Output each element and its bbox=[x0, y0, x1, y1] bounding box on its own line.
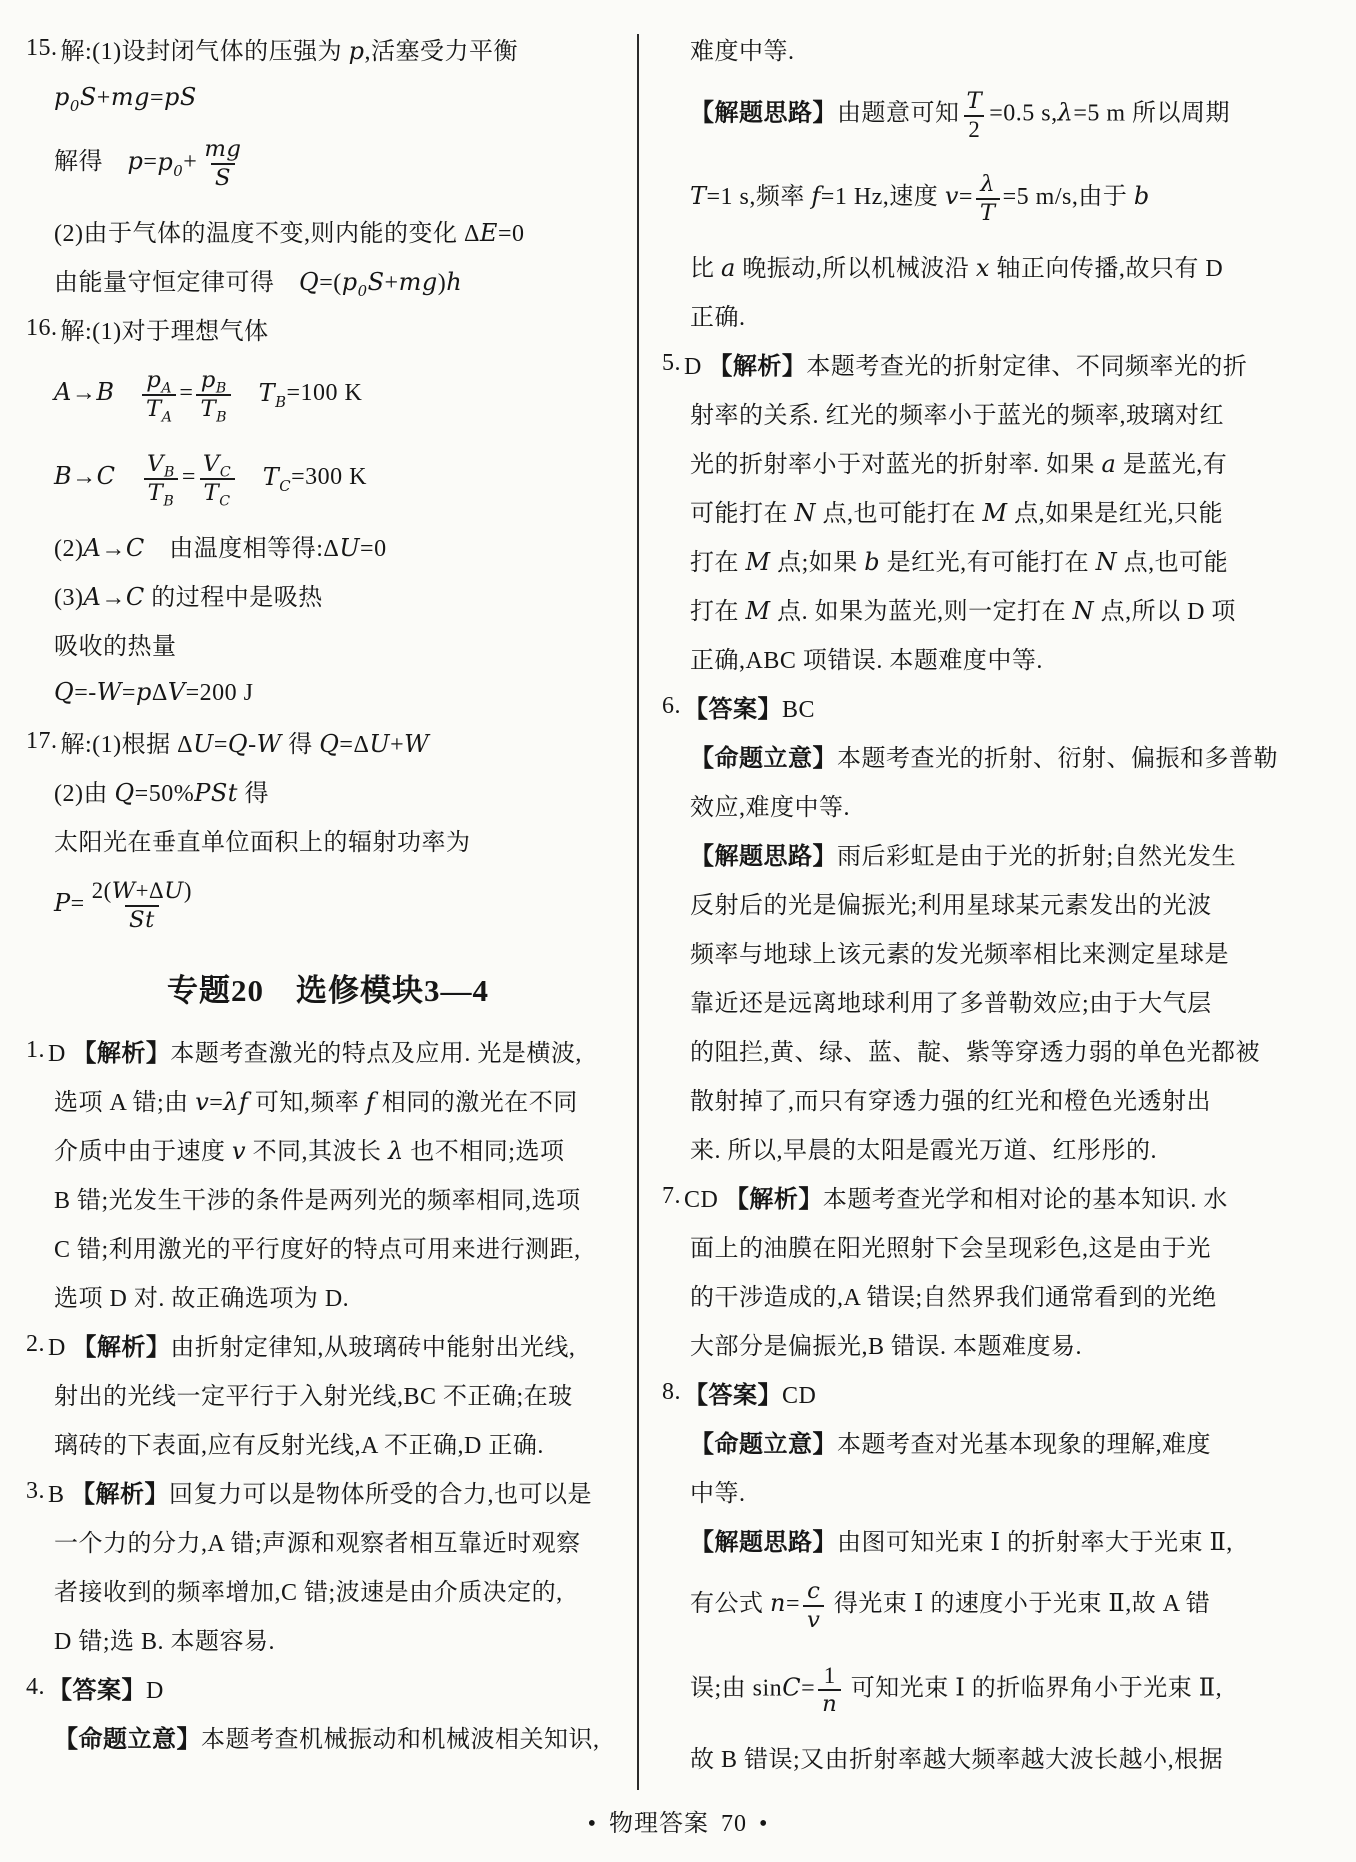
text-run: 吸收的热量 bbox=[54, 634, 177, 660]
text-line: 【解题思路】雨后彩虹是由于光的折射;自然光发生 bbox=[662, 829, 1342, 878]
text-line: 【命题立意】本题考查光的折射、衍射、偏振和多普勒 bbox=[662, 731, 1342, 780]
text-run: C 错;利用激光的平行度好的特点可用来进行测距, bbox=[54, 1237, 581, 1263]
text-line: 介质中由于速度 v 不同,其波长 λ 也不相同;选项 bbox=[26, 1124, 630, 1173]
line-content: 解:(1)对于理想气体 bbox=[61, 311, 269, 346]
text-line: 光的折射率小于对蓝光的折射率. 如果 a 是蓝光,有 bbox=[662, 437, 1342, 486]
marker-label: 【解题思路】 bbox=[690, 844, 837, 870]
line-content: (2)A→C 由温度相等得:ΔU=0 bbox=[54, 528, 387, 563]
line-content: 的阻拦,黄、绿、蓝、靛、紫等穿透力弱的单色光都被 bbox=[690, 1032, 1260, 1067]
line-content: 【答案】BC bbox=[684, 689, 815, 724]
line-content: 靠近还是远离地球利用了多普勒效应;由于大气层 bbox=[690, 983, 1212, 1018]
text-line: D 错;选 B. 本题容易. bbox=[26, 1614, 630, 1663]
line-content: (3)A→C 的过程中是吸热 bbox=[54, 577, 323, 612]
text-run: =( bbox=[319, 270, 342, 296]
text-run: = bbox=[179, 381, 193, 407]
text-line: 太阳光在垂直单位面积上的辐射功率为 bbox=[26, 815, 630, 864]
text-run: 光的折射率小于对蓝光的折射率. 如果 bbox=[690, 452, 1102, 478]
line-content: 频率与地球上该元素的发光频率相比来测定星球是 bbox=[690, 934, 1229, 969]
line-content: 打在 M 点. 如果为蓝光,则一定打在 N 点,所以 D 项 bbox=[690, 591, 1236, 626]
math-symbol: f bbox=[811, 183, 820, 211]
line-content: 解:(1)根据 ΔU=Q-W 得 Q=ΔU+W bbox=[61, 724, 430, 759]
line-content: 太阳光在垂直单位面积上的辐射功率为 bbox=[54, 822, 471, 857]
text-run: 来. 所以,早晨的太阳是霞光万道、红彤彤的. bbox=[690, 1138, 1157, 1164]
text-run: D bbox=[146, 1678, 164, 1704]
text-run: 射出的光线一定平行于入射光线,BC 不正确;在玻 bbox=[54, 1384, 573, 1410]
math-symbol: TB bbox=[148, 480, 175, 506]
line-content: 可能打在 N 点,也可能打在 M 点,如果是红光,只能 bbox=[690, 493, 1223, 528]
line-content: 面上的油膜在阳光照射下会呈现彩色,这是由于光 bbox=[690, 1228, 1211, 1263]
fraction: pBTB bbox=[196, 367, 231, 422]
section-heading: 专题20 选修模块3—4 bbox=[26, 948, 630, 1026]
math-symbol: p0 bbox=[54, 83, 80, 111]
text-line: 者接收到的频率增加,C 错;波速是由介质决定的, bbox=[26, 1565, 630, 1614]
text-line: 比 a 晚振动,所以机械波沿 x 轴正向传播,故只有 D bbox=[662, 241, 1342, 290]
text-line: 17.解:(1)根据 ΔU=Q-W 得 Q=ΔU+W bbox=[26, 717, 630, 766]
text-line: 1.D 【解析】本题考查激光的特点及应用. 光是横波, bbox=[26, 1026, 630, 1075]
item-number: 16. bbox=[26, 315, 58, 342]
text-run: 者接收到的频率增加,C 错;波速是由介质决定的, bbox=[54, 1580, 563, 1606]
item-number: 7. bbox=[662, 1183, 681, 1210]
line-content: 【命题立意】本题考查机械振动和机械波相关知识, bbox=[54, 1719, 600, 1754]
text-run: 也不相同;选项 bbox=[404, 1139, 565, 1165]
answer-page: 15.解:(1)设封闭气体的压强为 p,活塞受力平衡p0S+mg=pS解得 p=… bbox=[0, 0, 1356, 1862]
line-content: p0S+mg=pS bbox=[54, 83, 197, 112]
text-run: 靠近还是远离地球利用了多普勒效应;由于大气层 bbox=[690, 991, 1212, 1017]
text-run: 得光束 Ⅰ 的速度小于光束 Ⅱ,故 A 错 bbox=[827, 1592, 1210, 1618]
math-symbol: TC bbox=[263, 463, 291, 491]
item-number: 8. bbox=[662, 1379, 681, 1406]
line-content: (2)由 Q=50%PSt 得 bbox=[54, 773, 269, 808]
text-run: = bbox=[182, 465, 196, 491]
line-content: 难度中等. bbox=[690, 31, 795, 66]
text-run: 相同的激光在不同 bbox=[375, 1090, 578, 1116]
math-symbol: U bbox=[164, 878, 184, 904]
text-run: = bbox=[71, 892, 85, 918]
text-run: → bbox=[101, 536, 126, 562]
text-run: 点. 如果为蓝光,则一定打在 bbox=[771, 599, 1073, 625]
text-run: 点,也可能 bbox=[1117, 550, 1228, 576]
line-content: 由能量守恒定律可得 Q=(p0S+mg)h bbox=[54, 262, 462, 297]
math-symbol: TC bbox=[204, 480, 231, 506]
text-run: = bbox=[214, 732, 228, 758]
marker-label: 【命题立意】 bbox=[690, 746, 837, 772]
text-run: 介质中由于速度 bbox=[54, 1139, 232, 1165]
text-run: 本题考查激光的特点及应用. 光是横波, bbox=[170, 1041, 582, 1067]
text-run: 点,所以 D 项 bbox=[1094, 599, 1236, 625]
math-symbol: h bbox=[446, 268, 462, 296]
math-symbol: A bbox=[83, 583, 101, 611]
item-number: 15. bbox=[26, 35, 58, 62]
math-symbol: b bbox=[864, 548, 880, 576]
math-symbol: P bbox=[54, 890, 71, 918]
text-line: 误;由 sinC=1n 可知光束 Ⅰ 的折临界角小于光束 Ⅱ, bbox=[662, 1648, 1342, 1732]
fraction: λT bbox=[976, 171, 1000, 226]
math-symbol: Q bbox=[299, 268, 319, 296]
text-run: 本题考查对光基本现象的理解,难度 bbox=[837, 1432, 1211, 1458]
text-run: =100 K bbox=[287, 381, 363, 407]
line-content: 者接收到的频率增加,C 错;波速是由介质决定的, bbox=[54, 1572, 563, 1607]
text-line: 【解题思路】由题意可知T2=0.5 s,λ=5 m 所以周期 bbox=[662, 73, 1342, 157]
math-symbol: TB bbox=[200, 396, 227, 422]
text-line: 中等. bbox=[662, 1466, 1342, 1515]
math-symbol: C bbox=[126, 534, 145, 562]
text-run: 正确,ABC 项错误. 本题难度中等. bbox=[690, 648, 1043, 674]
math-symbol: λf bbox=[223, 1088, 248, 1116]
text-run: B 错;光发生干涉的条件是两列光的频率相同,选项 bbox=[54, 1188, 581, 1214]
math-symbol: W bbox=[97, 678, 122, 706]
text-line: 反射后的光是偏振光;利用星球某元素发出的光波 bbox=[662, 878, 1342, 927]
line-content: Q=-W=pΔV=200 J bbox=[54, 678, 253, 707]
math-symbol: T bbox=[967, 88, 983, 114]
fraction: mgS bbox=[200, 136, 245, 191]
text-line: 难度中等. bbox=[662, 24, 1342, 73]
text-run: 故 B 错误;又由折射率越大频率越大波长越小,根据 bbox=[690, 1747, 1223, 1773]
text-run: 解得 bbox=[54, 150, 128, 176]
text-line: T=1 s,频率 f=1 Hz,速度 v=λT=5 m/s,由于 b bbox=[662, 157, 1342, 241]
line-content: 选项 A 错;由 v=λf 可知,频率 f 相同的激光在不同 bbox=[54, 1082, 578, 1117]
line-content: 比 a 晚振动,所以机械波沿 x 轴正向传播,故只有 D bbox=[690, 248, 1223, 283]
item-number: 5. bbox=[662, 350, 681, 377]
text-line: 由能量守恒定律可得 Q=(p0S+mg)h bbox=[26, 255, 630, 304]
text-line: C 错;利用激光的平行度好的特点可用来进行测距, bbox=[26, 1222, 630, 1271]
line-content: C 错;利用激光的平行度好的特点可用来进行测距, bbox=[54, 1229, 581, 1264]
text-run: 点,如果是红光,只能 bbox=[1008, 501, 1224, 527]
line-content: 射出的光线一定平行于入射光线,BC 不正确;在玻 bbox=[54, 1376, 573, 1411]
math-symbol: pA bbox=[146, 367, 172, 393]
line-content: 来. 所以,早晨的太阳是霞光万道、红彤彤的. bbox=[690, 1130, 1157, 1165]
text-run: =5 m 所以周期 bbox=[1073, 101, 1230, 127]
text-line: 故 B 错误;又由折射率越大频率越大波长越小,根据 bbox=[662, 1732, 1342, 1781]
text-run: 效应,难度中等. bbox=[690, 795, 850, 821]
text-line: 来. 所以,早晨的太阳是霞光万道、红彤彤的. bbox=[662, 1123, 1342, 1172]
text-run: 本题考查光学和相对论的基本知识. 水 bbox=[823, 1187, 1228, 1213]
text-run: (2)由于气体的温度不变,则内能的变化 Δ bbox=[54, 221, 480, 247]
math-symbol: M bbox=[746, 597, 771, 625]
text-line: 射率的关系. 红光的频率小于蓝光的频率,玻璃对红 bbox=[662, 388, 1342, 437]
text-run: 一个力的分力,A 错;声源和观察者相互靠近时观察 bbox=[54, 1531, 581, 1557]
text-line: 3.B 【解析】回复力可以是物体所受的合力,也可以是 bbox=[26, 1467, 630, 1516]
text-run: 本题考查机械振动和机械波相关知识, bbox=[201, 1727, 600, 1753]
text-line: 大部分是偏振光,B 错误. 本题难度易. bbox=[662, 1319, 1342, 1368]
line-content: 选项 D 对. 故正确选项为 D. bbox=[54, 1278, 349, 1313]
line-content: A→B pATA=pBTB TB=100 K bbox=[54, 367, 362, 422]
line-content: D 错;选 B. 本题容易. bbox=[54, 1621, 275, 1656]
text-line: 的阻拦,黄、绿、蓝、靛、紫等穿透力弱的单色光都被 bbox=[662, 1025, 1342, 1074]
text-line: 选项 D 对. 故正确选项为 D. bbox=[26, 1271, 630, 1320]
text-run: 打在 bbox=[690, 550, 746, 576]
marker-label: 【答案】 bbox=[684, 1383, 782, 1409]
marker-label: 【解析】 bbox=[708, 354, 806, 380]
math-symbol: S bbox=[80, 83, 97, 111]
text-run: 比 bbox=[690, 256, 721, 282]
text-line: 正确,ABC 项错误. 本题难度中等. bbox=[662, 633, 1342, 682]
item-number: 1. bbox=[26, 1037, 45, 1064]
text-line: p0S+mg=pS bbox=[26, 73, 630, 122]
text-run: CD bbox=[782, 1383, 816, 1409]
marker-label: 【解析】 bbox=[72, 1041, 170, 1067]
text-run: 由图可知光束 Ⅰ 的折射率大于光束 Ⅱ, bbox=[837, 1530, 1233, 1556]
fraction: VCTC bbox=[199, 451, 235, 506]
text-line: B 错;光发生干涉的条件是两列光的频率相同,选项 bbox=[26, 1173, 630, 1222]
text-run: D 错;选 B. 本题容易. bbox=[54, 1629, 275, 1655]
text-run: 选项 A 错;由 bbox=[54, 1090, 195, 1116]
math-symbol: M bbox=[983, 499, 1008, 527]
math-symbol: C bbox=[782, 1674, 801, 1702]
math-symbol: N bbox=[1096, 548, 1118, 576]
text-run: 本题考查光的折射定律、不同频率光的折 bbox=[806, 354, 1247, 380]
marker-label: 【解析】 bbox=[725, 1187, 823, 1213]
text-run: 晚振动,所以机械波沿 bbox=[736, 256, 976, 282]
line-content: 射率的关系. 红光的频率小于蓝光的频率,玻璃对红 bbox=[690, 395, 1224, 430]
marker-label: 【解题思路】 bbox=[690, 1530, 837, 1556]
math-symbol: a bbox=[721, 254, 736, 282]
text-run: D bbox=[48, 1041, 72, 1067]
line-content: 大部分是偏振光,B 错误. 本题难度易. bbox=[690, 1326, 1082, 1361]
text-run: =300 K bbox=[291, 465, 367, 491]
text-run: 中等. bbox=[690, 1481, 746, 1507]
line-content: 解:(1)设封闭气体的压强为 p,活塞受力平衡 bbox=[61, 31, 519, 66]
text-line: 打在 M 点. 如果为蓝光,则一定打在 N 点,所以 D 项 bbox=[662, 584, 1342, 633]
math-symbol: λ bbox=[980, 171, 995, 197]
text-run: B bbox=[48, 1482, 71, 1508]
line-content: 误;由 sinC=1n 可知光束 Ⅰ 的折临界角小于光束 Ⅱ, bbox=[690, 1663, 1222, 1717]
line-content: 【答案】D bbox=[48, 1670, 164, 1705]
text-line: (2)由于气体的温度不变,则内能的变化 ΔE=0 bbox=[26, 206, 630, 255]
text-line: 吸收的热量 bbox=[26, 619, 630, 668]
line-content: 散射掉了,而只有穿透力强的红光和橙色光透射出 bbox=[690, 1081, 1211, 1116]
line-content: B 【解析】回复力可以是物体所受的合力,也可以是 bbox=[48, 1474, 592, 1509]
text-run: 难度中等. bbox=[690, 39, 795, 65]
text-line: 有公式 n=cv 得光束 Ⅰ 的速度小于光束 Ⅱ,故 A 错 bbox=[662, 1564, 1342, 1648]
line-content: 【答案】CD bbox=[684, 1375, 816, 1410]
item-number: 17. bbox=[26, 728, 58, 755]
text-run: 散射掉了,而只有穿透力强的红光和橙色光透射出 bbox=[690, 1089, 1211, 1115]
text-run: Δ bbox=[152, 680, 168, 706]
text-run: = bbox=[801, 1676, 815, 1702]
line-content: CD 【解析】本题考查光学和相对论的基本知识. 水 bbox=[684, 1179, 1228, 1214]
math-symbol: C bbox=[97, 463, 116, 491]
footer-bullet-left: • bbox=[588, 1811, 597, 1837]
text-run: ,活塞受力平衡 bbox=[365, 39, 519, 65]
marker-label: 【解析】 bbox=[72, 1335, 170, 1361]
text-run: 由题意可知 bbox=[837, 101, 960, 127]
line-content: 效应,难度中等. bbox=[690, 787, 850, 822]
math-symbol: pS bbox=[164, 83, 197, 111]
text-run: 解:(1)对于理想气体 bbox=[61, 319, 269, 345]
line-content: 【解题思路】由图可知光束 Ⅰ 的折射率大于光束 Ⅱ, bbox=[690, 1522, 1233, 1557]
text-run: 正确. bbox=[690, 305, 746, 331]
text-run: 不同,其波长 bbox=[246, 1139, 388, 1165]
text-line: 【解题思路】由图可知光束 Ⅰ 的折射率大于光束 Ⅱ, bbox=[662, 1515, 1342, 1564]
text-line: 的干涉造成的,A 错误;自然界我们通常看到的光绝 bbox=[662, 1270, 1342, 1319]
item-number: 6. bbox=[662, 693, 681, 720]
text-run: → bbox=[101, 585, 126, 611]
math-symbol: St bbox=[129, 907, 155, 933]
text-line: 【命题立意】本题考查机械振动和机械波相关知识, bbox=[26, 1712, 630, 1761]
text-run: 频率与地球上该元素的发光频率相比来测定星球是 bbox=[690, 942, 1229, 968]
text-run: 射率的关系. 红光的频率小于蓝光的频率,玻璃对红 bbox=[690, 403, 1224, 429]
item-number: 4. bbox=[26, 1674, 45, 1701]
text-run: → bbox=[72, 381, 97, 407]
text-run: 1 bbox=[824, 1663, 836, 1688]
line-content: (2)由于气体的温度不变,则内能的变化 ΔE=0 bbox=[54, 213, 525, 248]
math-symbol: T bbox=[690, 183, 707, 211]
text-line: 正确. bbox=[662, 290, 1342, 339]
math-symbol: TB bbox=[259, 379, 287, 407]
line-content: 的干涉造成的,A 错误;自然界我们通常看到的光绝 bbox=[690, 1277, 1217, 1312]
fraction: 1n bbox=[818, 1663, 841, 1717]
math-symbol: E bbox=[480, 219, 498, 247]
math-symbol: U bbox=[369, 730, 390, 758]
math-symbol: v bbox=[945, 183, 959, 211]
math-symbol: S bbox=[215, 165, 231, 191]
text-run: 本题考查光的折射、衍射、偏振和多普勒 bbox=[837, 746, 1278, 772]
footer-page-number: 70 bbox=[721, 1811, 747, 1837]
math-symbol: p bbox=[349, 37, 365, 65]
text-run: - bbox=[248, 732, 257, 758]
math-symbol: W bbox=[404, 730, 429, 758]
text-run bbox=[234, 381, 259, 407]
math-symbol: U bbox=[193, 730, 214, 758]
text-run: =- bbox=[74, 680, 97, 706]
text-line: 璃砖的下表面,应有反射光线,A 不正确,D 正确. bbox=[26, 1418, 630, 1467]
math-symbol: f bbox=[366, 1088, 375, 1116]
line-content: 解得 p=p0+mgS bbox=[54, 136, 249, 191]
text-run: 点;如果 bbox=[771, 550, 865, 576]
text-line: B→C VBTB=VCTC TC=300 K bbox=[26, 437, 630, 521]
text-run: (3) bbox=[54, 585, 83, 611]
line-content: B 错;光发生干涉的条件是两列光的频率相同,选项 bbox=[54, 1180, 581, 1215]
text-run: → bbox=[72, 465, 97, 491]
line-content: 中等. bbox=[690, 1473, 746, 1508]
text-line: 4.【答案】D bbox=[26, 1663, 630, 1712]
text-run: ) bbox=[184, 878, 192, 903]
math-symbol: p bbox=[136, 678, 152, 706]
text-run: = bbox=[959, 185, 973, 211]
text-run: 大部分是偏振光,B 错误. 本题难度易. bbox=[690, 1334, 1082, 1360]
text-run: 雨后彩虹是由于光的折射;自然光发生 bbox=[837, 844, 1236, 870]
math-symbol: TA bbox=[146, 396, 172, 422]
line-content: 介质中由于速度 v 不同,其波长 λ 也不相同;选项 bbox=[54, 1131, 564, 1166]
text-line: (2)A→C 由温度相等得:ΔU=0 bbox=[26, 521, 630, 570]
text-line: 2.D 【解析】由折射定律知,从玻璃砖中能射出光线, bbox=[26, 1320, 630, 1369]
text-run: 解:(1)根据 Δ bbox=[61, 732, 194, 758]
math-symbol: N bbox=[1073, 597, 1095, 625]
text-run: 面上的油膜在阳光照射下会呈现彩色,这是由于光 bbox=[690, 1236, 1211, 1262]
math-symbol: c bbox=[807, 1578, 820, 1604]
math-symbol: T bbox=[980, 200, 996, 226]
text-run: + bbox=[183, 150, 197, 176]
text-run: 有公式 bbox=[690, 1592, 770, 1618]
text-run: 由能量守恒定律可得 bbox=[54, 270, 299, 296]
text-line: P=2(W+ΔU)St bbox=[26, 864, 630, 948]
math-symbol: M bbox=[746, 548, 771, 576]
text-run: = bbox=[209, 1090, 223, 1116]
line-content: 璃砖的下表面,应有反射光线,A 不正确,D 正确. bbox=[54, 1425, 544, 1460]
text-run: 可知光束 Ⅰ 的折临界角小于光束 Ⅱ, bbox=[844, 1676, 1222, 1702]
text-line: 散射掉了,而只有穿透力强的红光和橙色光透射出 bbox=[662, 1074, 1342, 1123]
math-symbol: n bbox=[822, 1691, 837, 1717]
text-run: 点,也可能打在 bbox=[816, 501, 983, 527]
text-run: 是红光,有可能打在 bbox=[880, 550, 1096, 576]
text-line: 选项 A 错;由 v=λf 可知,频率 f 相同的激光在不同 bbox=[26, 1075, 630, 1124]
text-line: (2)由 Q=50%PSt 得 bbox=[26, 766, 630, 815]
text-run: + bbox=[97, 85, 111, 111]
line-content: 有公式 n=cv 得光束 Ⅰ 的速度小于光束 Ⅱ,故 A 错 bbox=[690, 1578, 1210, 1633]
text-run: =Δ bbox=[339, 732, 369, 758]
text-run: 2( bbox=[92, 878, 112, 903]
marker-label: 【答案】 bbox=[684, 697, 782, 723]
text-line: 面上的油膜在阳光照射下会呈现彩色,这是由于光 bbox=[662, 1221, 1342, 1270]
text-run: =200 J bbox=[186, 680, 254, 706]
text-run: =5 m/s,由于 bbox=[1003, 185, 1134, 211]
math-symbol: p0 bbox=[157, 148, 183, 176]
text-run: (2) bbox=[54, 536, 83, 562]
text-run: 2 bbox=[968, 117, 980, 142]
fraction: pATA bbox=[142, 367, 176, 422]
marker-label: 【答案】 bbox=[48, 1678, 146, 1704]
math-symbol: S bbox=[368, 268, 385, 296]
text-run: + bbox=[390, 732, 404, 758]
math-symbol: PSt bbox=[194, 779, 238, 807]
marker-label: 【命题立意】 bbox=[690, 1432, 837, 1458]
math-symbol: v bbox=[807, 1607, 820, 1633]
math-symbol: A bbox=[83, 534, 101, 562]
column-divider bbox=[637, 34, 639, 1790]
math-symbol: p bbox=[128, 148, 144, 176]
math-symbol: a bbox=[1102, 450, 1117, 478]
text-run bbox=[116, 465, 141, 491]
text-run: 可能打在 bbox=[690, 501, 795, 527]
math-symbol: pB bbox=[201, 367, 227, 393]
text-run: 是蓝光,有 bbox=[1116, 452, 1227, 478]
text-run: 解:(1)设封闭气体的压强为 bbox=[61, 39, 349, 65]
text-run: CD bbox=[684, 1187, 725, 1213]
text-run: 的过程中是吸热 bbox=[145, 585, 323, 611]
text-run: 太阳光在垂直单位面积上的辐射功率为 bbox=[54, 830, 471, 856]
text-line: 效应,难度中等. bbox=[662, 780, 1342, 829]
math-symbol: Q bbox=[54, 678, 74, 706]
math-symbol: B bbox=[54, 463, 72, 491]
math-symbol: b bbox=[1134, 183, 1150, 211]
text-run: +Δ bbox=[136, 878, 165, 903]
marker-label: 【解题思路】 bbox=[690, 101, 837, 127]
text-run: =0 bbox=[360, 536, 387, 562]
line-content: P=2(W+ΔU)St bbox=[54, 878, 199, 933]
line-content: B→C VBTB=VCTC TC=300 K bbox=[54, 451, 367, 506]
text-run: D bbox=[684, 354, 708, 380]
text-run: 由温度相等得:Δ bbox=[145, 536, 340, 562]
text-run: (2)由 bbox=[54, 781, 114, 807]
math-symbol: n bbox=[770, 1590, 786, 1618]
math-symbol: mg bbox=[399, 268, 438, 296]
item-number: 2. bbox=[26, 1331, 45, 1358]
text-line: 靠近还是远离地球利用了多普勒效应;由于大气层 bbox=[662, 976, 1342, 1025]
text-run: BC bbox=[782, 697, 815, 723]
math-symbol: W bbox=[257, 730, 282, 758]
math-symbol: B bbox=[96, 379, 114, 407]
text-line: A→B pATA=pBTB TB=100 K bbox=[26, 353, 630, 437]
text-run: = bbox=[786, 1592, 800, 1618]
text-run: =1 Hz,速度 bbox=[821, 185, 945, 211]
text-run: =0.5 s, bbox=[989, 101, 1057, 127]
text-run: 打在 bbox=[690, 599, 746, 625]
text-run: 轴正向传播,故只有 D bbox=[990, 256, 1223, 282]
math-symbol: U bbox=[339, 534, 360, 562]
math-symbol: p0 bbox=[342, 268, 368, 296]
math-symbol: VB bbox=[147, 451, 175, 477]
math-symbol: v bbox=[232, 1137, 246, 1165]
